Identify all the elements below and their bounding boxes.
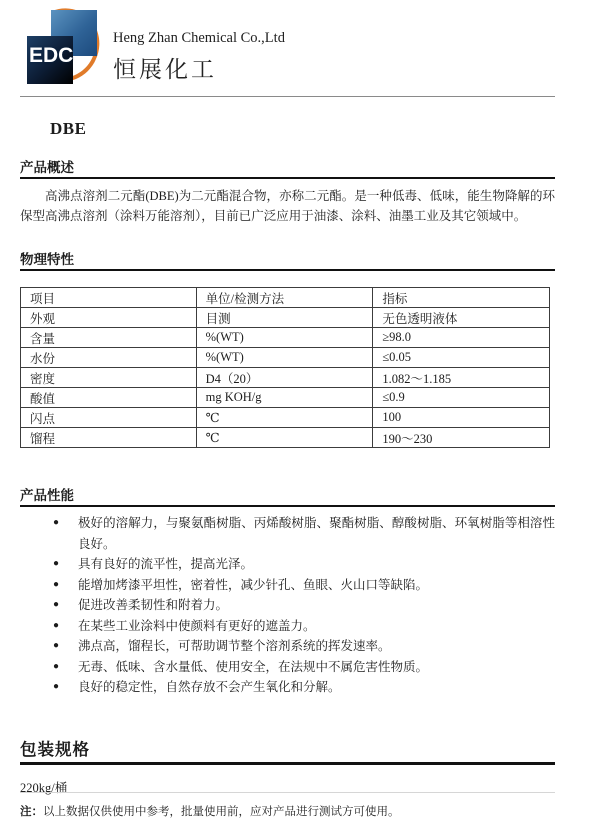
table-cell: 190～230 <box>373 428 550 448</box>
list-item: 沸点高，馏程长，可帮助调节整个溶剂系统的挥发速率。 <box>20 636 555 657</box>
logo-text: EDC <box>29 44 73 68</box>
table-cell: 目测 <box>196 308 373 328</box>
list-item: 良好的稳定性，自然存放不会产生氧化和分解。 <box>20 677 555 698</box>
list-item: 具有良好的流平性，提高光泽。 <box>20 554 555 575</box>
table-header-spec: 指标 <box>373 288 550 308</box>
table-header-row: 项目 单位/检测方法 指标 <box>21 288 550 308</box>
table-cell: 馏程 <box>21 428 197 448</box>
table-cell: ≥98.0 <box>373 328 550 348</box>
list-item: 在某些工业涂料中使颜料有更好的遮盖力。 <box>20 616 555 637</box>
footer-note: 注：以上数据仅供使用中参考，批量使用前，应对产品进行测试方可使用。 <box>20 792 555 819</box>
section-heading-packaging: 包装规格 <box>20 736 555 765</box>
table-cell: 水份 <box>21 348 197 368</box>
table-cell: 酸值 <box>21 388 197 408</box>
table-cell: ≤0.05 <box>373 348 550 368</box>
table-row: 含量 %(WT) ≥98.0 <box>21 328 550 348</box>
table-cell: mg KOH/g <box>196 388 373 408</box>
table-row: 馏程 ℃ 190～230 <box>21 428 550 448</box>
table-row: 密度 D4（20） 1.082～1.185 <box>21 368 550 388</box>
product-title: DBE <box>50 119 555 139</box>
table-cell: D4（20） <box>196 368 373 388</box>
note-text: 以上数据仅供使用中参考，批量使用前，应对产品进行测试方可使用。 <box>43 806 400 818</box>
table-header-unit: 单位/检测方法 <box>196 288 373 308</box>
company-name-english: Heng Zhan Chemical Co.,Ltd <box>113 30 285 47</box>
table-header-item: 项目 <box>21 288 197 308</box>
header-divider <box>20 96 555 97</box>
table-cell: 无色透明液体 <box>373 308 550 328</box>
table-cell: 闪点 <box>21 408 197 428</box>
list-item: 无毒、低味、含水量低、使用安全，在法规中不属危害性物质。 <box>20 657 555 678</box>
list-item: 能增加烤漆平坦性，密着性，减少针孔、鱼眼、火山口等缺陷。 <box>20 575 555 596</box>
section-heading-performance: 产品性能 <box>20 484 555 507</box>
table-cell: 1.082～1.185 <box>373 368 550 388</box>
table-row: 水份 %(WT) ≤0.05 <box>21 348 550 368</box>
list-item: 促进改善柔韧性和附着力。 <box>20 595 555 616</box>
table-cell: %(WT) <box>196 348 373 368</box>
table-cell: ≤0.9 <box>373 388 550 408</box>
section-heading-physical: 物理特性 <box>20 248 555 271</box>
table-cell: %(WT) <box>196 328 373 348</box>
performance-list: 极好的溶解力，与聚氨酯树脂、丙烯酸树脂、聚酯树脂、醇酸树脂、环氧树脂等相溶性良好… <box>20 513 555 698</box>
note-label: 注： <box>20 806 43 818</box>
company-logo: EDC <box>25 8 103 88</box>
section-heading-overview: 产品概述 <box>20 156 555 179</box>
physical-properties-table: 项目 单位/检测方法 指标 外观 目测 无色透明液体 含量 %(WT) ≥98.… <box>20 287 550 448</box>
table-cell: 含量 <box>21 328 197 348</box>
header: EDC Heng Zhan Chemical Co.,Ltd 恒展化工 <box>20 0 555 96</box>
table-cell: 密度 <box>21 368 197 388</box>
table-cell: 100 <box>373 408 550 428</box>
list-item: 极好的溶解力，与聚氨酯树脂、丙烯酸树脂、聚酯树脂、醇酸树脂、环氧树脂等相溶性良好… <box>20 513 555 554</box>
table-row: 外观 目测 无色透明液体 <box>21 308 550 328</box>
overview-paragraph: 高沸点溶剂二元酯(DBE)为二元酯混合物，亦称二元酯。是一种低毒、低味，能生物降… <box>20 186 555 226</box>
table-row: 闪点 ℃ 100 <box>21 408 550 428</box>
table-cell: ℃ <box>196 428 373 448</box>
company-name-chinese: 恒展化工 <box>113 51 285 84</box>
table-row: 酸值 mg KOH/g ≤0.9 <box>21 388 550 408</box>
table-cell: 外观 <box>21 308 197 328</box>
table-cell: ℃ <box>196 408 373 428</box>
document-page: EDC Heng Zhan Chemical Co.,Ltd 恒展化工 DBE … <box>20 0 555 796</box>
company-names: Heng Zhan Chemical Co.,Ltd 恒展化工 <box>113 30 285 84</box>
